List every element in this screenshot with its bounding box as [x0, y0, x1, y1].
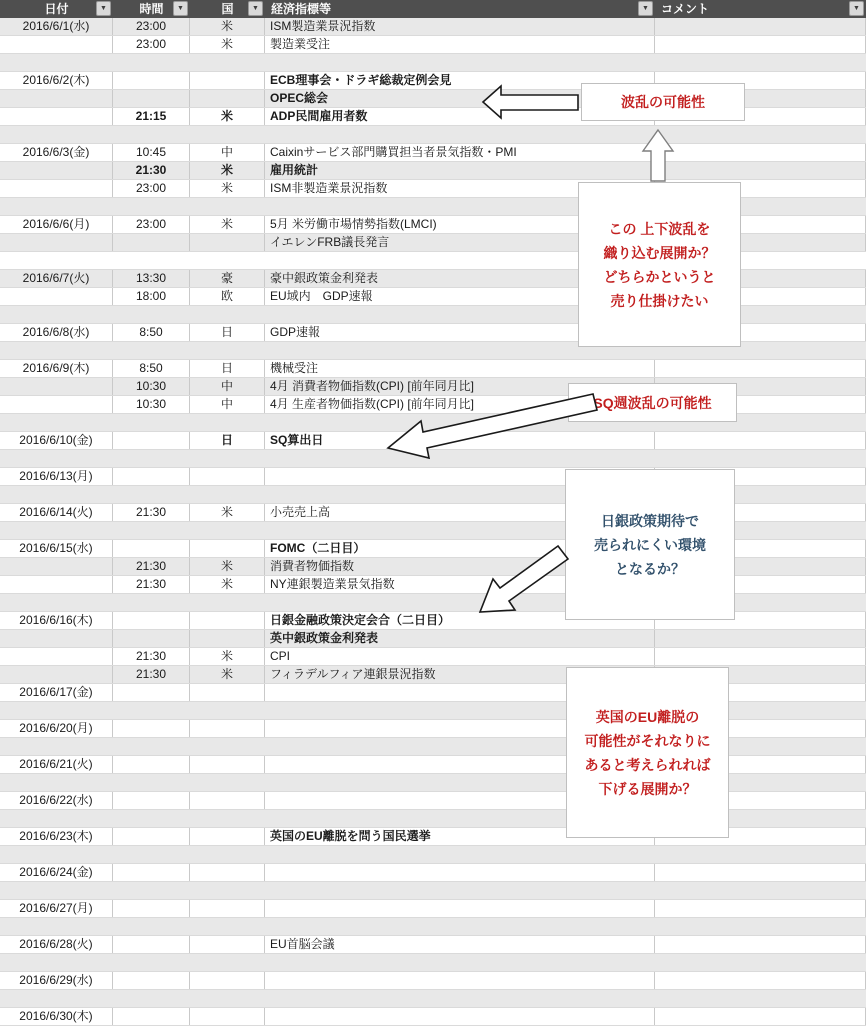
date-cell[interactable]: [0, 576, 113, 593]
date-cell[interactable]: 2016/6/10(金): [0, 432, 113, 449]
comment-cell[interactable]: [655, 144, 866, 161]
time-cell[interactable]: 23:00: [113, 18, 190, 35]
time-cell[interactable]: 21:30: [113, 162, 190, 179]
event-cell[interactable]: 英中銀政策金利発表: [265, 630, 655, 647]
date-cell[interactable]: 2016/6/24(金): [0, 864, 113, 881]
date-cell[interactable]: 2016/6/29(水): [0, 972, 113, 989]
callout-text-line: 英国のEU離脱の: [596, 705, 699, 729]
time-cell[interactable]: 23:00: [113, 216, 190, 233]
time-cell[interactable]: 10:45: [113, 144, 190, 161]
time-cell[interactable]: [113, 468, 190, 485]
country-cell[interactable]: 米: [190, 108, 265, 125]
table-row: 21:30米NY連銀製造業景気指数: [0, 576, 866, 594]
event-cell[interactable]: EU首脳会議: [265, 936, 655, 953]
date-cell[interactable]: 2016/6/23(木): [0, 828, 113, 845]
empty-cell[interactable]: [0, 450, 866, 467]
table-body: 2016/6/1(水)23:00米ISM製造業景況指数23:00米製造業受注20…: [0, 18, 866, 1026]
comment-cell[interactable]: [655, 972, 866, 989]
table-row: 2016/6/13(月): [0, 468, 866, 486]
callout-text-line: 売り仕掛けたい: [611, 289, 709, 313]
separator-row: [0, 126, 866, 144]
table-row: 2016/6/3(金)10:45中Caixinサービス部門購買担当者景気指数・P…: [0, 144, 866, 162]
time-cell[interactable]: [113, 540, 190, 557]
date-cell[interactable]: 2016/6/6(月): [0, 216, 113, 233]
country-cell[interactable]: 中: [190, 378, 265, 395]
time-cell[interactable]: [113, 432, 190, 449]
time-cell[interactable]: 10:30: [113, 396, 190, 413]
chevron-down-icon: ▼: [252, 5, 259, 12]
event-cell[interactable]: [265, 864, 655, 881]
comment-cell[interactable]: [655, 162, 866, 179]
country-cell[interactable]: 中: [190, 144, 265, 161]
separator-row: [0, 990, 866, 1008]
separator-row: [0, 954, 866, 972]
table-row: 2016/6/28(火)EU首脳会議: [0, 936, 866, 954]
empty-cell[interactable]: [0, 594, 866, 611]
time-cell[interactable]: [113, 792, 190, 809]
callout-text-line: 日銀政策期待で: [601, 509, 699, 533]
country-cell[interactable]: 豪: [190, 270, 265, 287]
date-cell[interactable]: [0, 288, 113, 305]
country-cell[interactable]: [190, 234, 265, 251]
event-cell[interactable]: [265, 900, 655, 917]
comment-cell[interactable]: [655, 36, 866, 53]
event-cell[interactable]: ISM製造業景況指数: [265, 18, 655, 35]
comment-cell[interactable]: [655, 18, 866, 35]
time-cell[interactable]: 8:50: [113, 360, 190, 377]
separator-row: [0, 846, 866, 864]
date-cell[interactable]: [0, 162, 113, 179]
column-label-date: 日付: [44, 0, 68, 18]
separator-row: [0, 450, 866, 468]
time-cell[interactable]: 21:30: [113, 504, 190, 521]
date-cell[interactable]: 2016/6/9(木): [0, 360, 113, 377]
country-cell[interactable]: [190, 792, 265, 809]
time-cell[interactable]: [113, 756, 190, 773]
time-cell[interactable]: [113, 864, 190, 881]
table-row: 21:30米フィラデルフィア連銀景況指数: [0, 666, 866, 684]
table-row: 2016/6/14(火)21:30米小売売上高: [0, 504, 866, 522]
callout-text-line: この 上下波乱を: [609, 217, 711, 241]
country-cell[interactable]: 米: [190, 576, 265, 593]
date-cell[interactable]: 2016/6/27(月): [0, 900, 113, 917]
country-cell[interactable]: 日: [190, 432, 265, 449]
country-cell[interactable]: [190, 972, 265, 989]
callout-text-line: 可能性がそれなりに: [585, 729, 711, 753]
event-cell[interactable]: Caixinサービス部門購買担当者景気指数・PMI: [265, 144, 655, 161]
country-cell[interactable]: 米: [190, 558, 265, 575]
table-row: 2016/6/1(水)23:00米ISM製造業景況指数: [0, 18, 866, 36]
country-cell[interactable]: [190, 720, 265, 737]
callout-text-line: 波乱の可能性: [621, 90, 705, 114]
event-cell[interactable]: [265, 1008, 655, 1025]
time-cell[interactable]: 21:30: [113, 576, 190, 593]
country-cell[interactable]: [190, 936, 265, 953]
empty-cell[interactable]: [0, 486, 866, 503]
column-label-time: 時間: [139, 0, 163, 18]
column-header-time: 時間▼: [113, 0, 190, 18]
comment-cell[interactable]: [655, 864, 866, 881]
time-cell[interactable]: [113, 936, 190, 953]
table-row: 2016/6/30(木): [0, 1008, 866, 1026]
table-row: 2016/6/27(月): [0, 900, 866, 918]
chevron-down-icon: ▼: [100, 5, 107, 12]
comment-cell[interactable]: [655, 630, 866, 647]
callout-text-line: となるか？: [615, 557, 685, 581]
comment-cell[interactable]: [655, 432, 866, 449]
table-row: 2016/6/24(金): [0, 864, 866, 882]
separator-row: [0, 594, 866, 612]
empty-cell[interactable]: [0, 738, 866, 755]
event-cell[interactable]: CPI: [265, 648, 655, 665]
date-cell[interactable]: 2016/6/16(木): [0, 612, 113, 629]
country-cell[interactable]: 日: [190, 324, 265, 341]
empty-cell[interactable]: [0, 990, 866, 1007]
event-cell[interactable]: [265, 972, 655, 989]
column-header-comment: コメント▼: [655, 0, 866, 18]
chevron-down-icon: ▼: [177, 5, 184, 12]
time-cell[interactable]: [113, 1008, 190, 1025]
country-cell[interactable]: [190, 864, 265, 881]
empty-cell[interactable]: [0, 774, 866, 791]
country-cell[interactable]: [190, 756, 265, 773]
date-cell[interactable]: 2016/6/2(木): [0, 72, 113, 89]
country-cell[interactable]: 米: [190, 180, 265, 197]
country-cell[interactable]: [190, 468, 265, 485]
filter-dropdown-button-country[interactable]: ▼: [248, 1, 263, 16]
event-cell[interactable]: 製造業受注: [265, 36, 655, 53]
country-cell[interactable]: 米: [190, 666, 265, 683]
empty-cell[interactable]: [0, 522, 866, 539]
country-cell[interactable]: 米: [190, 648, 265, 665]
table-row: 23:00米製造業受注: [0, 36, 866, 54]
separator-row: [0, 918, 866, 936]
table-row: 21:30米消費者物価指数: [0, 558, 866, 576]
date-cell[interactable]: [0, 558, 113, 575]
date-cell[interactable]: [0, 90, 113, 107]
date-cell[interactable]: 2016/6/28(火): [0, 936, 113, 953]
time-cell[interactable]: [113, 612, 190, 629]
filter-dropdown-button-indicator[interactable]: ▼: [638, 1, 653, 16]
filter-dropdown-button-date[interactable]: ▼: [96, 1, 111, 16]
country-cell[interactable]: 米: [190, 162, 265, 179]
country-cell[interactable]: 日: [190, 360, 265, 377]
date-cell[interactable]: 2016/6/30(木): [0, 1008, 113, 1025]
callout-volatility[interactable]: 波乱の可能性: [581, 83, 745, 121]
time-cell[interactable]: [113, 720, 190, 737]
chevron-down-icon: ▼: [853, 5, 860, 12]
time-cell[interactable]: [113, 234, 190, 251]
country-cell[interactable]: [190, 612, 265, 629]
callout-text-line: SQ週波乱の可能性: [593, 391, 711, 415]
country-cell[interactable]: [190, 630, 265, 647]
time-cell[interactable]: 23:00: [113, 180, 190, 197]
country-cell[interactable]: 米: [190, 36, 265, 53]
table-row: 2016/6/21(火): [0, 756, 866, 774]
table-row: 21:30米雇用統計: [0, 162, 866, 180]
date-cell[interactable]: [0, 648, 113, 665]
empty-cell[interactable]: [0, 846, 866, 863]
date-cell[interactable]: 2016/6/15(水): [0, 540, 113, 557]
country-cell[interactable]: [190, 684, 265, 701]
time-cell[interactable]: 10:30: [113, 378, 190, 395]
filter-dropdown-button-time[interactable]: ▼: [173, 1, 188, 16]
table-row: 2016/6/29(水): [0, 972, 866, 990]
comment-cell[interactable]: [655, 900, 866, 917]
column-header-indicator: 経済指標等▼: [265, 0, 655, 18]
separator-row: [0, 774, 866, 792]
table-row: 2016/6/20(月): [0, 720, 866, 738]
table-row: 2016/6/9(木)8:50日機械受注: [0, 360, 866, 378]
date-cell[interactable]: 2016/6/14(火): [0, 504, 113, 521]
country-cell[interactable]: [190, 90, 265, 107]
time-cell[interactable]: [113, 972, 190, 989]
country-cell[interactable]: 米: [190, 504, 265, 521]
callout-text-line: あると考えられれば: [585, 753, 711, 777]
callout-text-line: 売られにくい環境: [594, 533, 706, 557]
empty-cell[interactable]: [0, 954, 866, 971]
time-cell[interactable]: 13:30: [113, 270, 190, 287]
filter-dropdown-button-comment[interactable]: ▼: [849, 1, 864, 16]
column-label-indicator: 経済指標等: [265, 0, 331, 18]
empty-cell[interactable]: [0, 918, 866, 935]
country-cell[interactable]: [190, 540, 265, 557]
table-row: 2016/6/23(木)英国のEU離脱を問う国民選挙: [0, 828, 866, 846]
column-header-date: 日付▼: [0, 0, 113, 18]
time-cell[interactable]: [113, 630, 190, 647]
separator-row: [0, 882, 866, 900]
country-cell[interactable]: [190, 1008, 265, 1025]
column-header-country: 国▼: [190, 0, 265, 18]
date-cell[interactable]: [0, 396, 113, 413]
date-cell[interactable]: 2016/6/3(金): [0, 144, 113, 161]
date-cell[interactable]: 2016/6/7(火): [0, 270, 113, 287]
comment-cell[interactable]: [655, 648, 866, 665]
time-cell[interactable]: 23:00: [113, 36, 190, 53]
date-cell[interactable]: [0, 234, 113, 251]
time-cell[interactable]: [113, 90, 190, 107]
table-row: 英中銀政策金利発表: [0, 630, 866, 648]
country-cell[interactable]: [190, 828, 265, 845]
comment-cell[interactable]: [655, 936, 866, 953]
event-cell[interactable]: 雇用統計: [265, 162, 655, 179]
callout-brexit[interactable]: 英国のEU離脱の可能性がそれなりにあると考えられれば下げる展開か？: [566, 667, 729, 838]
time-cell[interactable]: [113, 72, 190, 89]
date-cell[interactable]: 2016/6/13(月): [0, 468, 113, 485]
empty-cell[interactable]: [0, 702, 866, 719]
country-cell[interactable]: [190, 72, 265, 89]
date-cell[interactable]: [0, 630, 113, 647]
time-cell[interactable]: [113, 900, 190, 917]
time-cell[interactable]: 21:15: [113, 108, 190, 125]
date-cell[interactable]: 2016/6/22(水): [0, 792, 113, 809]
callout-text-line: どちらかというと: [604, 265, 716, 289]
time-cell[interactable]: 21:30: [113, 648, 190, 665]
date-cell[interactable]: 2016/6/1(水): [0, 18, 113, 35]
comment-cell[interactable]: [655, 1008, 866, 1025]
separator-row: [0, 522, 866, 540]
empty-cell[interactable]: [0, 54, 866, 71]
time-cell[interactable]: [113, 684, 190, 701]
comment-cell[interactable]: [655, 360, 866, 377]
date-cell[interactable]: 2016/6/21(火): [0, 756, 113, 773]
separator-row: [0, 702, 866, 720]
time-cell[interactable]: 21:30: [113, 558, 190, 575]
empty-cell[interactable]: [0, 126, 866, 143]
empty-cell[interactable]: [0, 882, 866, 899]
date-cell[interactable]: [0, 378, 113, 395]
table-row: 21:30米CPI: [0, 648, 866, 666]
table-row: 2016/6/15(水)FOMC（二日目）: [0, 540, 866, 558]
time-cell[interactable]: 8:50: [113, 324, 190, 341]
time-cell[interactable]: 21:30: [113, 666, 190, 683]
empty-cell[interactable]: [0, 810, 866, 827]
separator-row: [0, 738, 866, 756]
separator-row: [0, 54, 866, 72]
country-cell[interactable]: 米: [190, 216, 265, 233]
date-cell[interactable]: [0, 666, 113, 683]
callout-text-line: 下げる展開か？: [599, 777, 697, 801]
time-cell[interactable]: [113, 828, 190, 845]
callout-text-line: 織り込む展開か？: [604, 241, 716, 265]
country-cell[interactable]: 米: [190, 18, 265, 35]
table-row: 2016/6/22(水): [0, 792, 866, 810]
table-row: 2016/6/17(金): [0, 684, 866, 702]
date-cell[interactable]: 2016/6/8(水): [0, 324, 113, 341]
date-cell[interactable]: 2016/6/17(金): [0, 684, 113, 701]
callout-updown-swing[interactable]: この 上下波乱を織り込む展開か？どちらかというと売り仕掛けたい: [578, 182, 741, 347]
country-cell[interactable]: 欧: [190, 288, 265, 305]
time-cell[interactable]: 18:00: [113, 288, 190, 305]
date-cell[interactable]: [0, 180, 113, 197]
country-cell[interactable]: 中: [190, 396, 265, 413]
date-cell[interactable]: [0, 36, 113, 53]
column-label-country: 国: [221, 0, 233, 18]
separator-row: [0, 810, 866, 828]
country-cell[interactable]: [190, 900, 265, 917]
chevron-down-icon: ▼: [642, 5, 649, 12]
table-row: 2016/6/16(木)日銀金融政策決定会合（二日目）: [0, 612, 866, 630]
column-label-comment: コメント: [655, 0, 709, 18]
date-cell[interactable]: [0, 108, 113, 125]
date-cell[interactable]: 2016/6/20(月): [0, 720, 113, 737]
callout-boj-policy[interactable]: 日銀政策期待で売られにくい環境となるか？: [565, 469, 735, 620]
event-cell[interactable]: 機械受注: [265, 360, 655, 377]
table-header: 日付▼時間▼国▼経済指標等▼コメント▼: [0, 0, 866, 18]
spreadsheet-economic-calendar: 日付▼時間▼国▼経済指標等▼コメント▼ 2016/6/1(水)23:00米ISM…: [0, 0, 866, 1027]
separator-row: [0, 486, 866, 504]
